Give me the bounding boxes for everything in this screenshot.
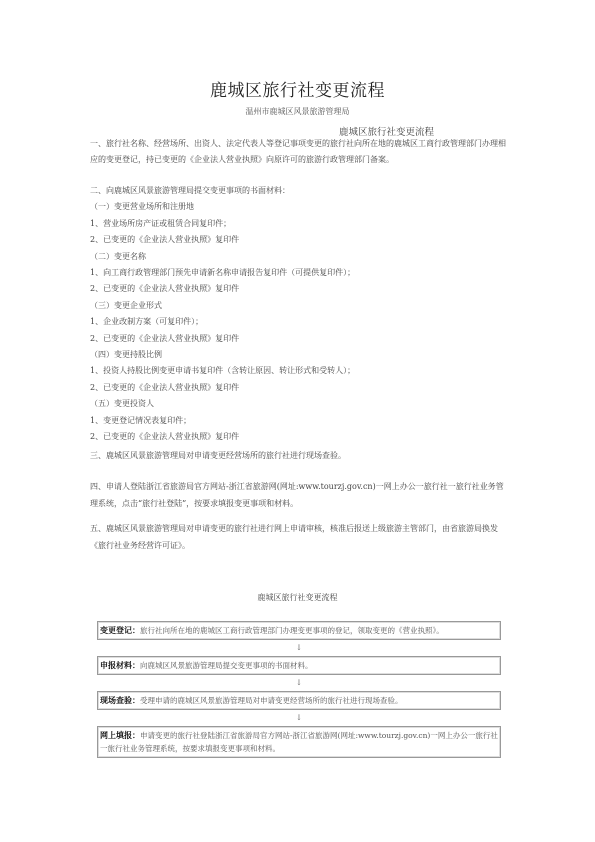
material-group: （五）变更投资人 1、变更登记情况表复印件； 2、已变更的《企业法人营业执照》复… <box>90 396 510 445</box>
material-item: 2、已变更的《企业法人营业执照》复印件 <box>90 331 510 347</box>
paragraph-5: 五、鹿城区风景旅游管理局对申请变更的旅行社进行网上申请审核，核准后报送上级旅游主… <box>90 520 510 554</box>
material-item: 1、变更登记情况表复印件； <box>90 413 510 429</box>
material-group: （二）变更名称 1、向工商行政管理部门预先申请新名称申请报告复印件（可提供复印件… <box>90 249 510 298</box>
flow-step-text: 受理申请的鹿城区风景旅游管理局对申请变更经营场所的旅行社进行现场查验。 <box>140 696 403 705</box>
paragraph-1: 一、旅行社名称、经营场所、出资人、法定代表人等登记事项变更的旅行社向所在地的鹿城… <box>90 136 510 168</box>
material-item: 2、已变更的《企业法人营业执照》复印件 <box>90 232 510 248</box>
paragraph-3: 三、鹿城区风景旅游管理局对申请变更经营场所的旅行社进行现场查验。 <box>90 448 510 464</box>
material-item: 1、投资人持股比例变更申请书复印件（含转让原因、转让形式和受转人）； <box>90 363 510 379</box>
flow-step-submit-materials: 申报材料：向鹿城区风景旅游管理局提交变更事项的书面材料。 <box>97 656 501 675</box>
flowchart: 变更登记：旅行社向所在地的鹿城区工商行政管理部门办理变更事项的登记，领取变更的《… <box>97 621 501 758</box>
flow-step-label: 网上填报： <box>100 731 140 740</box>
flow-step-site-inspection: 现场查验：受理申请的鹿城区风景旅游管理局对申请变更经营场所的旅行社进行现场查验。 <box>97 691 501 710</box>
flowchart-title: 鹿城区旅行社变更流程 <box>0 592 595 603</box>
material-item: 1、企业改制方案（可复印件）； <box>90 314 510 330</box>
material-item: 2、已变更的《企业法人营业执照》复印件 <box>90 380 510 396</box>
material-heading: （一）变更营业场所和注册地 <box>90 199 510 215</box>
material-heading: （二）变更名称 <box>90 249 510 265</box>
flow-step-label: 变更登记： <box>100 626 140 635</box>
material-item: 1、营业场所房产证或租赁合同复印件； <box>90 216 510 232</box>
material-heading: （四）变更持股比例 <box>90 347 510 363</box>
down-arrow-icon: ↓ <box>97 710 501 726</box>
flow-step-text: 旅行社向所在地的鹿城区工商行政管理部门办理变更事项的登记，领取变更的《营业执照》… <box>140 626 444 635</box>
materials-section: 二、向鹿城区风景旅游管理局提交变更事项的书面材料： （一）变更营业场所和注册地 … <box>90 183 510 446</box>
down-arrow-icon: ↓ <box>97 640 501 656</box>
down-arrow-icon: ↓ <box>97 675 501 691</box>
material-item: 1、向工商行政管理部门预先申请新名称申请报告复印件（可提供复印件）； <box>90 265 510 281</box>
material-item: 2、已变更的《企业法人营业执照》复印件 <box>90 429 510 445</box>
material-heading: （五）变更投资人 <box>90 396 510 412</box>
flow-step-registration: 变更登记：旅行社向所在地的鹿城区工商行政管理部门办理变更事项的登记，领取变更的《… <box>97 621 501 640</box>
paragraph-2-heading: 二、向鹿城区风景旅游管理局提交变更事项的书面材料： <box>90 183 510 199</box>
document-title: 鹿城区旅行社变更流程 <box>0 76 595 101</box>
material-group: （四）变更持股比例 1、投资人持股比例变更申请书复印件（含转让原因、转让形式和受… <box>90 347 510 396</box>
flow-step-text: 申请变更的旅行社登陆浙江省旅游局官方网站-浙江省旅游网(网址:www.tourz… <box>100 731 498 753</box>
document-subtitle: 温州市鹿城区风景旅游管理局 <box>0 106 595 117</box>
material-item: 2、已变更的《企业法人营业执照》复印件 <box>90 281 510 297</box>
flow-step-label: 现场查验： <box>100 696 140 705</box>
paragraph-4: 四、申请人登陆浙江省旅游局官方网站-浙江省旅游网(网址:www.tourzj.g… <box>90 478 510 512</box>
flow-step-online-filing: 网上填报：申请变更的旅行社登陆浙江省旅游局官方网站-浙江省旅游网(网址:www.… <box>97 726 501 758</box>
material-group: （三）变更企业形式 1、企业改制方案（可复印件）； 2、已变更的《企业法人营业执… <box>90 298 510 347</box>
material-heading: （三）变更企业形式 <box>90 298 510 314</box>
material-group: （一）变更营业场所和注册地 1、营业场所房产证或租赁合同复印件； 2、已变更的《… <box>90 199 510 248</box>
flow-step-label: 申报材料： <box>100 661 140 670</box>
flow-step-text: 向鹿城区风景旅游管理局提交变更事项的书面材料。 <box>140 661 313 670</box>
